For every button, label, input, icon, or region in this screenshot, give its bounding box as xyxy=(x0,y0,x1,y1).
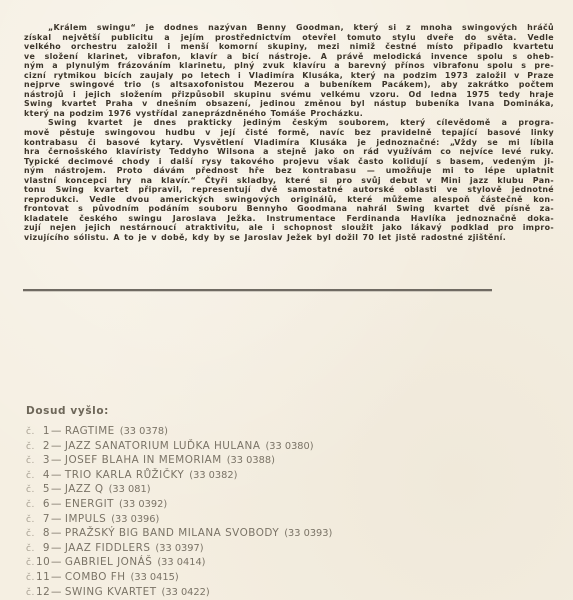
release-dash: — xyxy=(51,439,62,454)
article-line: velkého orchestru založil i menší komorn… xyxy=(24,42,554,52)
release-number-prefix: č. xyxy=(26,498,36,513)
release-catalog-code: (33 0396) xyxy=(111,514,159,525)
liner-notes-article: „Králem swingu“ je dodnes nazývan Benny … xyxy=(24,23,554,243)
release-catalog-code: (33 0397) xyxy=(155,543,203,554)
release-catalog-code: (33 0393) xyxy=(284,528,332,539)
release-catalog-code: (33 0415) xyxy=(131,572,179,583)
release-list-item: č.6—ENERGIT(33 0392) xyxy=(26,497,446,512)
release-dash: — xyxy=(51,570,62,585)
article-line: cizní rytmikou bicích zaujaly po letech … xyxy=(24,71,554,81)
release-catalog-code: (33 0392) xyxy=(119,499,167,510)
release-title: IMPULS xyxy=(65,513,106,525)
horizontal-divider xyxy=(23,289,492,291)
release-number: 7 xyxy=(36,512,50,527)
release-dash: — xyxy=(51,512,62,527)
release-number-prefix: č. xyxy=(26,469,36,484)
released-albums-section: Dosud vyšlo: č.1—RAGTIME(33 0378)č.2—JAZ… xyxy=(26,405,446,599)
article-line: ným nástrojem. Proto dávám přednost hře … xyxy=(24,166,554,176)
article-line: vlastní koncepci hry na klavír.“ Čtyři s… xyxy=(24,176,554,186)
release-dash: — xyxy=(51,497,62,512)
article-line: tonu Swing kvartet připravil, representu… xyxy=(24,185,554,195)
release-number-prefix: č. xyxy=(26,425,36,440)
release-title: TRIO KARLA RŮŽIČKY xyxy=(65,469,184,481)
article-line: zují nejen jejich nestárnoucí atraktivit… xyxy=(24,223,554,233)
article-line: Swing kvartet Praha v dnešním obsazení, … xyxy=(24,99,554,109)
article-line: „Králem swingu“ je dodnes nazývan Benny … xyxy=(24,23,554,33)
release-title: JAZZ SANATORIUM LUĎKA HULANA xyxy=(65,440,261,452)
release-title: ENERGIT xyxy=(65,498,114,510)
release-number: 4 xyxy=(36,468,50,483)
release-title: COMBO FH xyxy=(65,571,126,583)
release-number-prefix: č. xyxy=(26,571,36,586)
liner-notes-text: „Králem swingu“ je dodnes nazývan Benny … xyxy=(24,23,554,243)
release-number-prefix: č. xyxy=(26,454,36,469)
release-title: JOSEF BLAHA IN MEMORIAM xyxy=(65,454,222,466)
release-number-prefix: č. xyxy=(26,586,36,600)
article-line: Swing kvartet je dnes prakticky jediným … xyxy=(24,118,554,128)
release-number-prefix: č. xyxy=(26,556,36,571)
release-dash: — xyxy=(51,555,62,570)
release-dash: — xyxy=(51,482,62,497)
release-title: JAZZ Q xyxy=(65,483,104,495)
release-catalog-code: (33 0388) xyxy=(227,455,275,466)
release-list-item: č.1—RAGTIME(33 0378) xyxy=(26,424,446,439)
release-dash: — xyxy=(51,468,62,483)
article-line: nejprve swingové trio (s altsaxofonistou… xyxy=(24,80,554,90)
release-list-item: č.10—GABRIEL JONÁŠ(33 0414) xyxy=(26,555,446,570)
release-catalog-code: (33 0378) xyxy=(120,426,168,437)
article-line: kladatele českého swingu Jaroslava Ježka… xyxy=(24,214,554,224)
release-list-item: č.12—SWING KVARTET(33 0422) xyxy=(26,585,446,600)
release-list-item: č.4—TRIO KARLA RŮŽIČKY(33 0382) xyxy=(26,468,446,483)
release-catalog-code: (33 0382) xyxy=(189,470,237,481)
article-line: ným a plynulým frázováním klarinetu, pln… xyxy=(24,61,554,71)
article-line: Typické decimové chody i další rysy tako… xyxy=(24,157,554,167)
release-list-item: č.11—COMBO FH(33 0415) xyxy=(26,570,446,585)
article-line: kontrabasu či basové kytary. Vysvětlení … xyxy=(24,138,554,148)
release-list-item: č.2—JAZZ SANATORIUM LUĎKA HULANA(33 0380… xyxy=(26,439,446,454)
release-number: 1 xyxy=(36,424,50,439)
release-number: 9 xyxy=(36,541,50,556)
release-number: 12 xyxy=(36,585,50,600)
release-dash: — xyxy=(51,453,62,468)
release-number: 3 xyxy=(36,453,50,468)
release-number: 11 xyxy=(36,570,50,585)
released-albums-heading: Dosud vyšlo: xyxy=(26,405,446,419)
release-catalog-code: (33 0422) xyxy=(162,587,210,598)
release-number: 6 xyxy=(36,497,50,512)
release-number: 2 xyxy=(36,439,50,454)
released-albums-list: č.1—RAGTIME(33 0378)č.2—JAZZ SANATORIUM … xyxy=(26,424,446,599)
article-line: mově pěstuje swingovou hudbu v její čist… xyxy=(24,128,554,138)
release-catalog-code: (33 0414) xyxy=(157,557,205,568)
article-line: vizujícího sólistu. A to je v době, kdy … xyxy=(24,233,554,243)
release-dash: — xyxy=(51,541,62,556)
release-number: 10 xyxy=(36,555,50,570)
release-catalog-code: (33 0380) xyxy=(265,441,313,452)
release-list-item: č.3—JOSEF BLAHA IN MEMORIAM(33 0388) xyxy=(26,453,446,468)
release-dash: — xyxy=(51,526,62,541)
release-title: GABRIEL JONÁŠ xyxy=(65,556,152,568)
release-number: 8 xyxy=(36,526,50,541)
release-list-item: č.8—PRAŽSKÝ BIG BAND MILANA SVOBODY(33 0… xyxy=(26,526,446,541)
release-list-item: č.9—JAAZ FIDDLERS(33 0397) xyxy=(26,541,446,556)
release-number-prefix: č. xyxy=(26,440,36,455)
release-title: JAAZ FIDDLERS xyxy=(65,542,151,554)
release-dash: — xyxy=(51,585,62,600)
article-line: získal největší publicitu a jejím prostř… xyxy=(24,33,554,43)
release-number-prefix: č. xyxy=(26,542,36,557)
release-dash: — xyxy=(51,424,62,439)
release-number-prefix: č. xyxy=(26,527,36,542)
record-sleeve-page: „Králem swingu“ je dodnes nazývan Benny … xyxy=(0,0,573,600)
release-list-item: č.5—JAZZ Q(33 081) xyxy=(26,482,446,497)
release-number-prefix: č. xyxy=(26,483,36,498)
article-line: frontovat s původním podáním souboru Ben… xyxy=(24,204,554,214)
release-list-item: č.7—IMPULS(33 0396) xyxy=(26,512,446,527)
release-title: PRAŽSKÝ BIG BAND MILANA SVOBODY xyxy=(65,527,279,539)
article-line: reprodukci. Vedle dvou amerických swingo… xyxy=(24,195,554,205)
release-title: SWING KVARTET xyxy=(65,586,157,598)
release-number: 5 xyxy=(36,482,50,497)
article-line: nástrojů i jejich složením přizpůsobil s… xyxy=(24,90,554,100)
article-line: hra černošského klavíristy Teddyho Wilso… xyxy=(24,147,554,157)
release-catalog-code: (33 081) xyxy=(109,484,151,495)
article-line: ve složení klarinet, vibrafon, klavír a … xyxy=(24,52,554,62)
release-number-prefix: č. xyxy=(26,513,36,528)
release-title: RAGTIME xyxy=(65,425,115,437)
